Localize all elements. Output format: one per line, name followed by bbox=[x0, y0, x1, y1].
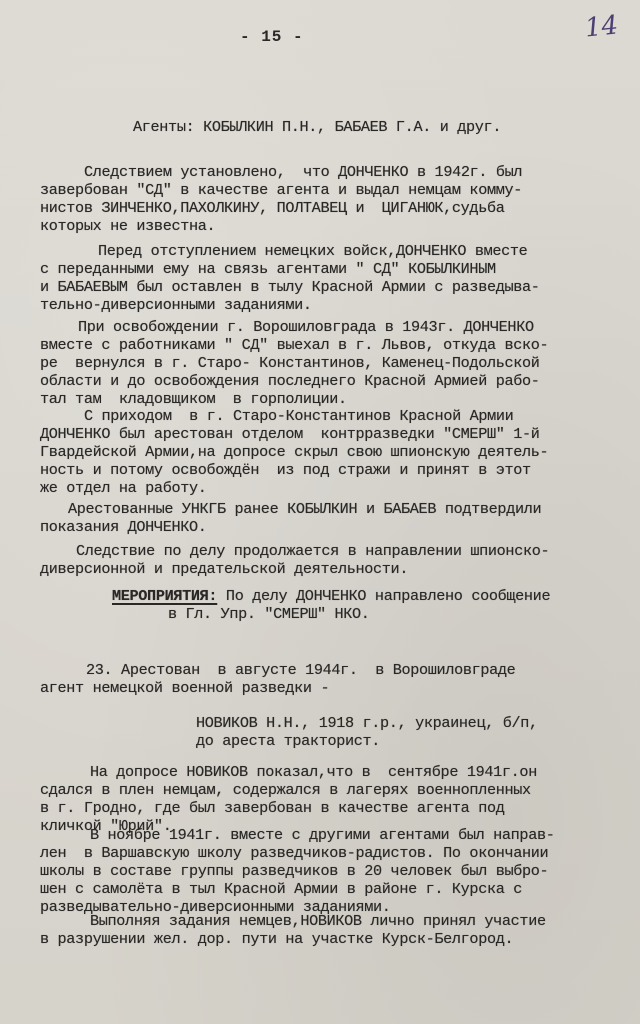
item-23-person-line: до ареста тракторист. bbox=[196, 732, 380, 750]
paragraph-line: С приходом в г. Старо-Константинов Красн… bbox=[84, 407, 513, 425]
paragraph-line: же отдел на работу. bbox=[40, 479, 207, 497]
paragraph-line: области и до освобождения последнего Кра… bbox=[40, 372, 540, 390]
paragraph-line: Перед отступлением немецких войск,ДОНЧЕН… bbox=[98, 242, 527, 260]
paragraph-line: ДОНЧЕНКО был арестован отделом контрразв… bbox=[40, 425, 540, 443]
paragraph-line: Выполняя задания немцев,НОВИКОВ лично пр… bbox=[90, 912, 546, 930]
paragraph-line: вместе с работниками " СД" выехал в г. Л… bbox=[40, 336, 548, 354]
paragraph-line: тельно-диверсионными заданиями. bbox=[40, 296, 312, 314]
paragraph-line: Гвардейской Армии,на допросе скрыл свою … bbox=[40, 443, 548, 461]
measures-label: МЕРОПРИЯТИЯ: bbox=[112, 587, 217, 605]
paragraph-line: При освобождении г. Ворошиловграда в 194… bbox=[78, 318, 534, 336]
paragraph-line: тал там кладовщиком в горполиции. bbox=[40, 390, 347, 408]
item-23-intro-line: 23. Арестован в августе 1944г. в Ворошил… bbox=[86, 661, 515, 679]
document-page: - 15 - 14 Агенты: КОБЫЛКИН П.Н., БАБАЕВ … bbox=[0, 0, 640, 1024]
paragraph-line: На допросе НОВИКОВ показал,что в сентябр… bbox=[90, 763, 537, 781]
paragraph-line: диверсионной и предательской деятельност… bbox=[40, 560, 408, 578]
item-23-person-line: НОВИКОВ Н.Н., 1918 г.р., украинец, б/п, bbox=[196, 714, 538, 732]
paragraph-line: с переданными ему на связь агентами " СД… bbox=[40, 260, 496, 278]
paragraph-line: Арестованные УНКГБ ранее КОБЫЛКИН и БАБА… bbox=[68, 500, 541, 518]
paragraph-line: школы в составе группы разведчиков в 20 … bbox=[40, 862, 548, 880]
paragraph-line: и БАБАЕВЫМ был оставлен в тылу Красной А… bbox=[40, 278, 540, 296]
item-23-intro-line: агент немецкой военной разведки - bbox=[40, 679, 329, 697]
paragraph-line: нистов ЗИНЧЕНКО,ПАХОЛКИНУ, ПОЛТАВЕЦ и ЦИ… bbox=[40, 199, 505, 217]
page-number: - 15 - bbox=[240, 28, 304, 46]
paragraph-line: сдался в плен немцам, содержался в лагер… bbox=[40, 781, 531, 799]
section-heading: Агенты: КОБЫЛКИН П.Н., БАБАЕВ Г.А. и дру… bbox=[133, 118, 501, 136]
measures-text: По делу ДОНЧЕНКО направлено сообщение bbox=[217, 587, 550, 605]
paragraph-line: ре вернулся в г. Старо- Константинов, Ка… bbox=[40, 354, 540, 372]
paragraph-line: в разрушении жел. дор. пути на участке К… bbox=[40, 930, 513, 948]
measures-block: МЕРОПРИЯТИЯ: По делу ДОНЧЕНКО направлено… bbox=[112, 587, 550, 605]
paragraph-line: которых не известна. bbox=[40, 217, 215, 235]
paragraph-line: Следствием установлено, что ДОНЧЕНКО в 1… bbox=[84, 163, 522, 181]
paragraph-line: завербован "СД" в качестве агента и выда… bbox=[40, 181, 522, 199]
paragraph-line: ность и потому освобождён из под стражи … bbox=[40, 461, 531, 479]
paragraph-line: в г. Гродно, где был завербован в качест… bbox=[40, 799, 505, 817]
paragraph-line: шен с самолёта в тыл Красной Армии в рай… bbox=[40, 880, 522, 898]
paragraph-line: Следствие по делу продолжается в направл… bbox=[76, 542, 549, 560]
measures-text-line2: в Гл. Упр. "СМЕРШ" НКО. bbox=[168, 605, 370, 623]
paragraph-line: В ноябре 1941г. вместе с другими агентам… bbox=[90, 826, 555, 844]
handwritten-folio-number: 14 bbox=[584, 10, 620, 43]
paragraph-line: показания ДОНЧЕНКО. bbox=[40, 518, 207, 536]
paragraph-line: лен в Варшавскую школу разведчиков-радис… bbox=[40, 844, 548, 862]
